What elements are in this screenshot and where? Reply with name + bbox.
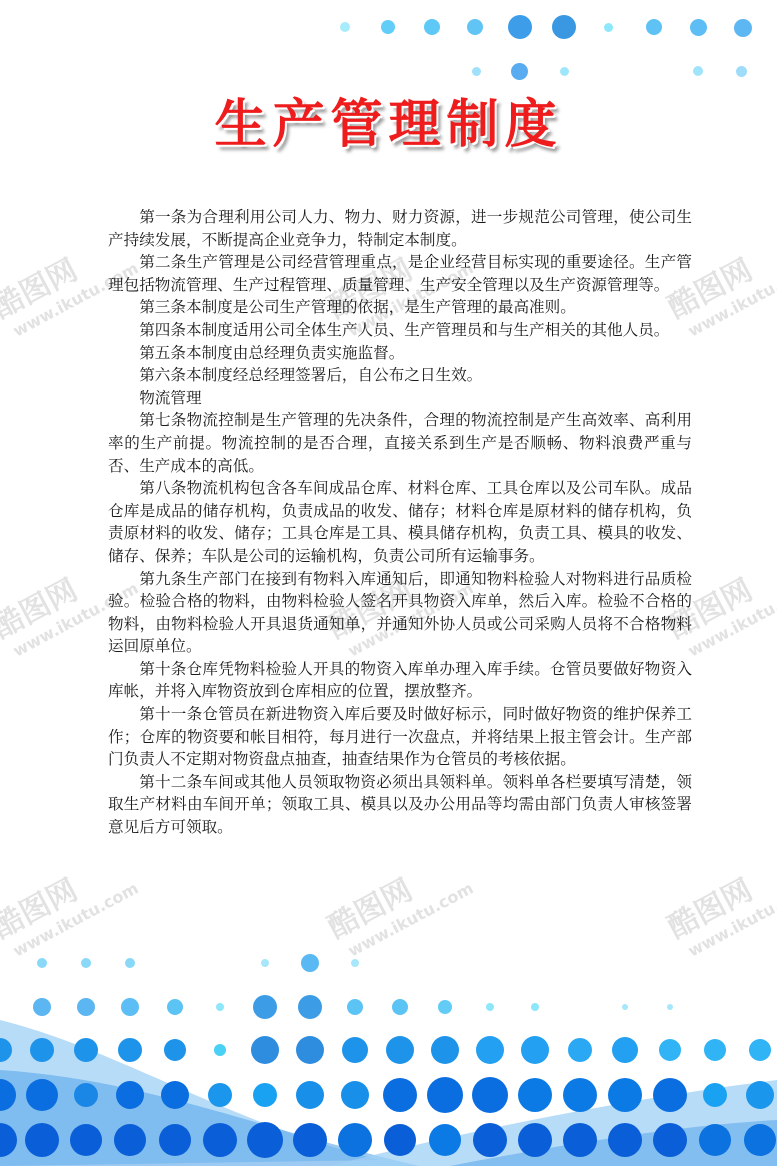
decor-dot [381,20,395,34]
top-dot-decoration [0,0,777,90]
decor-dot [736,66,747,77]
decor-dot [646,19,662,35]
article-11: 第十一条仓管员在新进物资入库后要及时做好标示，同时做好物资的维护保养工作；仓库的… [108,703,692,771]
article-5: 第五条本制度由总经理负责实施监督。 [108,342,692,365]
decor-dot [693,66,703,76]
decor-dot [690,19,707,36]
regulation-body: 第一条为合理利用公司人力、物力、财力资源，进一步规范公司管理，使公司生产持续发展… [108,206,692,839]
article-1: 第一条为合理利用公司人力、物力、财力资源，进一步规范公司管理，使公司生产持续发展… [108,206,692,251]
article-4: 第四条本制度适用公司全体生产人员、生产管理员和与生产相关的其他人员。 [108,319,692,342]
bottom-wave-decoration [0,920,777,1166]
decor-dot [734,19,752,37]
halftone-wave-graphic [0,920,777,1166]
decor-dot [340,22,350,32]
article-7: 第七条物流控制是生产管理的先决条件，合理的物流控制是产生高效率、高利用率的生产前… [108,409,692,477]
article-8: 第八条物流机构包含各车间成品仓库、材料仓库、工具仓库以及公司车队。成品仓库是成品… [108,477,692,567]
section-heading-logistics: 物流管理 [108,387,692,410]
article-9: 第九条生产部门在接到有物料入库通知后，即通知物料检验人对物料进行品质检验。检验合… [108,568,692,658]
decor-dot [552,15,576,39]
decor-dot [472,67,481,76]
decor-dot [424,19,440,35]
article-2: 第二条生产管理是公司经营管理重点，是企业经营目标实现的重要途径。生产管理包括物流… [108,251,692,296]
article-3: 第三条本制度是公司生产管理的依据，是生产管理的最高准则。 [108,296,692,319]
decor-dot [560,67,569,76]
decor-dot [511,63,528,80]
decor-dot [508,15,532,39]
decor-dot [604,23,613,32]
article-6: 第六条本制度经总经理签署后，自公布之日生效。 [108,364,692,387]
article-12: 第十二条车间或其他人员领取物资必须出具领料单。领料单各栏要填写清楚，领取生产材料… [108,771,692,839]
article-10: 第十条仓库凭物料检验人开具的物资入库单办理入库手续。仓管员要做好物资入库帐，并将… [108,658,692,703]
poster-title: 生产管理制度 [0,82,777,157]
decor-dot [467,19,483,35]
